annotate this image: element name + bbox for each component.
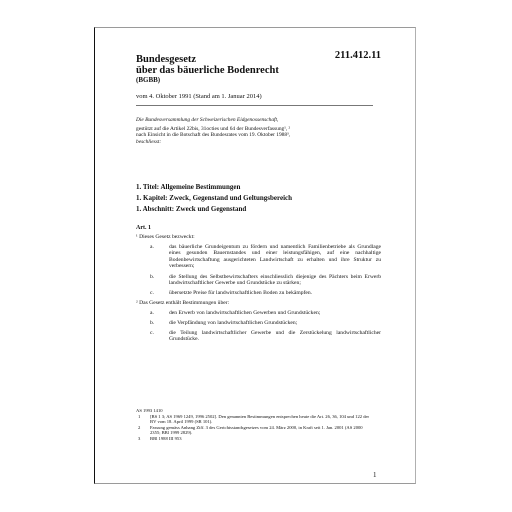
preamble-line2: nach Einsicht in die Botschaft des Bunde…	[136, 132, 290, 138]
heading-kapitel: 1. Kapitel: Zweck, Gegenstand und Geltun…	[136, 194, 292, 202]
para2-intro: ² Das Gesetz enthält Bestimmungen über:	[136, 300, 229, 306]
header-divider	[136, 105, 373, 106]
page-number: 1	[373, 471, 377, 479]
footnote-number: 1	[138, 414, 140, 419]
item-letter: b.	[150, 274, 154, 280]
item-letter: b.	[150, 320, 154, 326]
item-text: die Stellung des Selbstbewirtschafters e…	[169, 274, 381, 287]
document-page: Bundesgesetz über das bäuerliche Bodenre…	[94, 27, 416, 484]
item-text: übersetzte Preise für landwirtschaftlich…	[169, 290, 381, 296]
heading-abschnitt: 1. Abschnitt: Zweck und Gegenstand	[136, 205, 246, 213]
footnote-text: Fassung gemäss Anhang Ziff. 3 des Gerich…	[150, 425, 372, 435]
item-letter: c.	[150, 290, 154, 296]
item-letter: a.	[150, 244, 154, 250]
footnote-as-reference: AS 1993 1410	[136, 408, 163, 413]
preamble-decision: beschliesst:	[136, 139, 161, 145]
para1-intro: ¹ Dieses Gesetz bezweckt:	[136, 234, 195, 240]
item-text: die Verpfändung von landwirtschaftlichen…	[169, 320, 381, 326]
item-text: den Erwerb von landwirtschaftlichen Gewe…	[169, 310, 381, 316]
item-text: die Teilung landwirtschaftlicher Gewerbe…	[169, 330, 381, 343]
item-letter: a.	[150, 310, 154, 316]
sr-number: 211.412.11	[335, 50, 381, 61]
item-letter: c.	[150, 330, 154, 336]
law-abbreviation: (BGBB)	[136, 76, 160, 84]
law-title-line2: über das bäuerliche Bodenrecht	[136, 65, 279, 76]
date-line: vom 4. Oktober 1991 (Stand am 1. Januar …	[136, 93, 262, 100]
footnote-number: 3	[138, 436, 140, 441]
footnote-text: BBl 1988 III 953	[150, 436, 182, 441]
heading-titel: 1. Titel: Allgemeine Bestimmungen	[136, 183, 240, 191]
law-title-line1: Bundesgesetz	[136, 54, 196, 65]
item-text: das bäuerliche Grundeigentum zu fördern …	[169, 244, 381, 270]
footnote-text: [BS 1 3; AS 1969 1249, 1996 2502]. Den g…	[150, 414, 372, 424]
preamble-intro: Die Bundesversammlung der Schweizerische…	[136, 117, 278, 123]
article-label: Art. 1	[136, 225, 151, 231]
footnote-number: 2	[138, 425, 140, 430]
